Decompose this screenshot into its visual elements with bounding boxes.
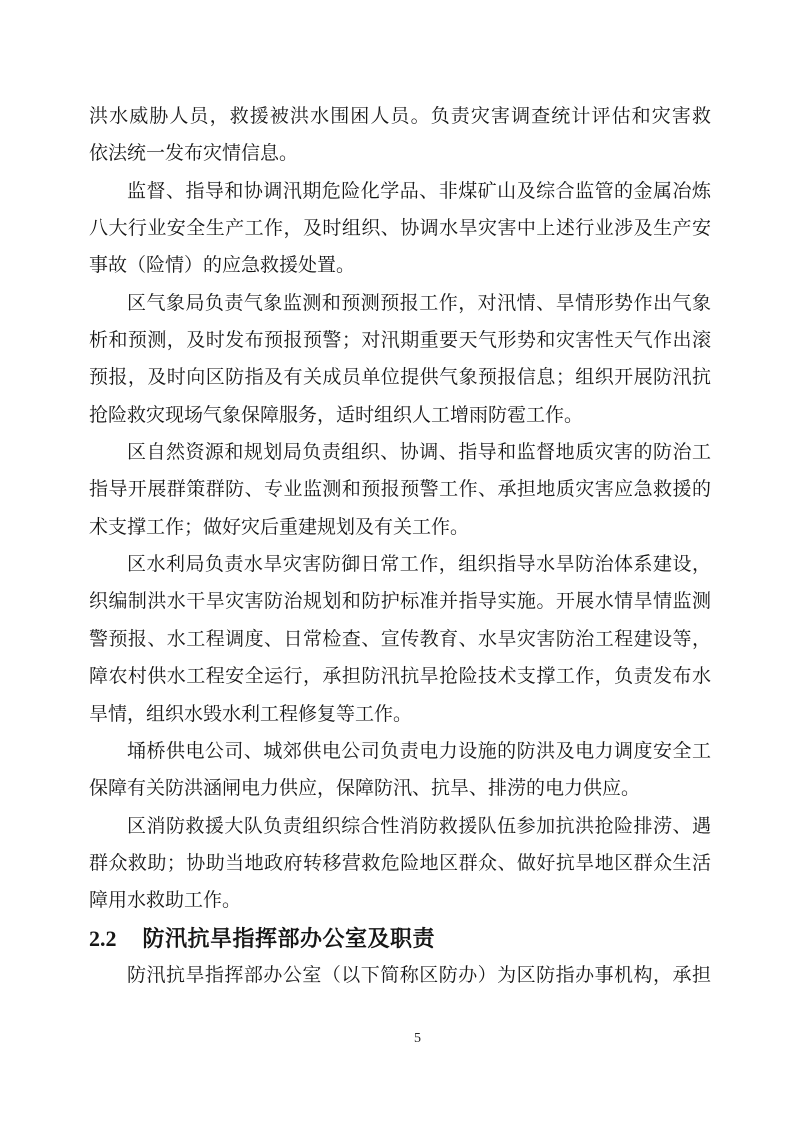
- body-line: 监督、指导和协调汛期危险化学品、非煤矿山及综合监管的金属冶炼等: [89, 173, 711, 210]
- body-line: 依法统一发布灾情信息。: [89, 135, 711, 172]
- body-line: 织编制洪水干旱灾害防治规划和防护标准并指导实施。开展水情旱情监测预: [89, 583, 711, 620]
- body-line: 埇桥供电公司、城郊供电公司负责电力设施的防洪及电力调度安全工作，: [89, 733, 711, 770]
- body-line: 障用水救助工作。: [89, 882, 711, 919]
- body-line: 洪水威胁人员，救援被洪水围困人员。负责灾害调查统计评估和灾害救助。: [89, 98, 711, 135]
- body-line: 保障有关防洪涵闸电力供应，保障防汛、抗旱、排涝的电力供应。: [89, 770, 711, 807]
- body-line: 障农村供水工程安全运行，承担防汛抗旱抢险技术支撑工作，负责发布水情: [89, 658, 711, 695]
- body-line: 事故（险情）的应急救援处置。: [89, 247, 711, 284]
- body-line: 区消防救援大队负责组织综合性消防救援队伍参加抗洪抢险排涝、遇险: [89, 808, 711, 845]
- document-page: 洪水威胁人员，救援被洪水围困人员。负责灾害调查统计评估和灾害救助。 依法统一发布…: [0, 0, 793, 1122]
- body-line: 析和预测，及时发布预报预警；对汛期重要天气形势和灾害性天气作出滚动: [89, 322, 711, 359]
- section-heading: 2.2防汛抗旱指挥部办公室及职责: [89, 920, 711, 957]
- body-line: 区自然资源和规划局负责组织、协调、指导和监督地质灾害的防治工作，: [89, 434, 711, 471]
- body-line: 区水利局负责水旱灾害防御日常工作，组织指导水旱防治体系建设，组: [89, 546, 711, 583]
- body-line: 防汛抗旱指挥部办公室（以下简称区防办）为区防指办事机构，承担区: [89, 957, 711, 994]
- body-line: 预报，及时向区防指及有关成员单位提供气象预报信息；组织开展防汛抗旱: [89, 359, 711, 396]
- document-body: 洪水威胁人员，救援被洪水围困人员。负责灾害调查统计评估和灾害救助。 依法统一发布…: [89, 98, 711, 994]
- section-number: 2.2: [89, 926, 117, 951]
- body-line: 区气象局负责气象监测和预测预报工作，对汛情、旱情形势作出气象分: [89, 285, 711, 322]
- section-title: 防汛抗旱指挥部办公室及职责: [143, 926, 436, 951]
- body-line: 旱情，组织水毁水利工程修复等工作。: [89, 696, 711, 733]
- page-number: 5: [21, 1031, 793, 1047]
- body-line: 指导开展群策群防、专业监测和预报预警工作、承担地质灾害应急救援的技: [89, 471, 711, 508]
- body-line: 抢险救灾现场气象保障服务，适时组织人工增雨防雹工作。: [89, 397, 711, 434]
- body-line: 警预报、水工程调度、日常检查、宣传教育、水旱灾害防治工程建设等，保: [89, 621, 711, 658]
- body-line: 八大行业安全生产工作，及时组织、协调水旱灾害中上述行业涉及生产安全: [89, 210, 711, 247]
- body-line: 群众救助；协助当地政府转移营救危险地区群众、做好抗旱地区群众生活保: [89, 845, 711, 882]
- body-line: 术支撑工作；做好灾后重建规划及有关工作。: [89, 509, 711, 546]
